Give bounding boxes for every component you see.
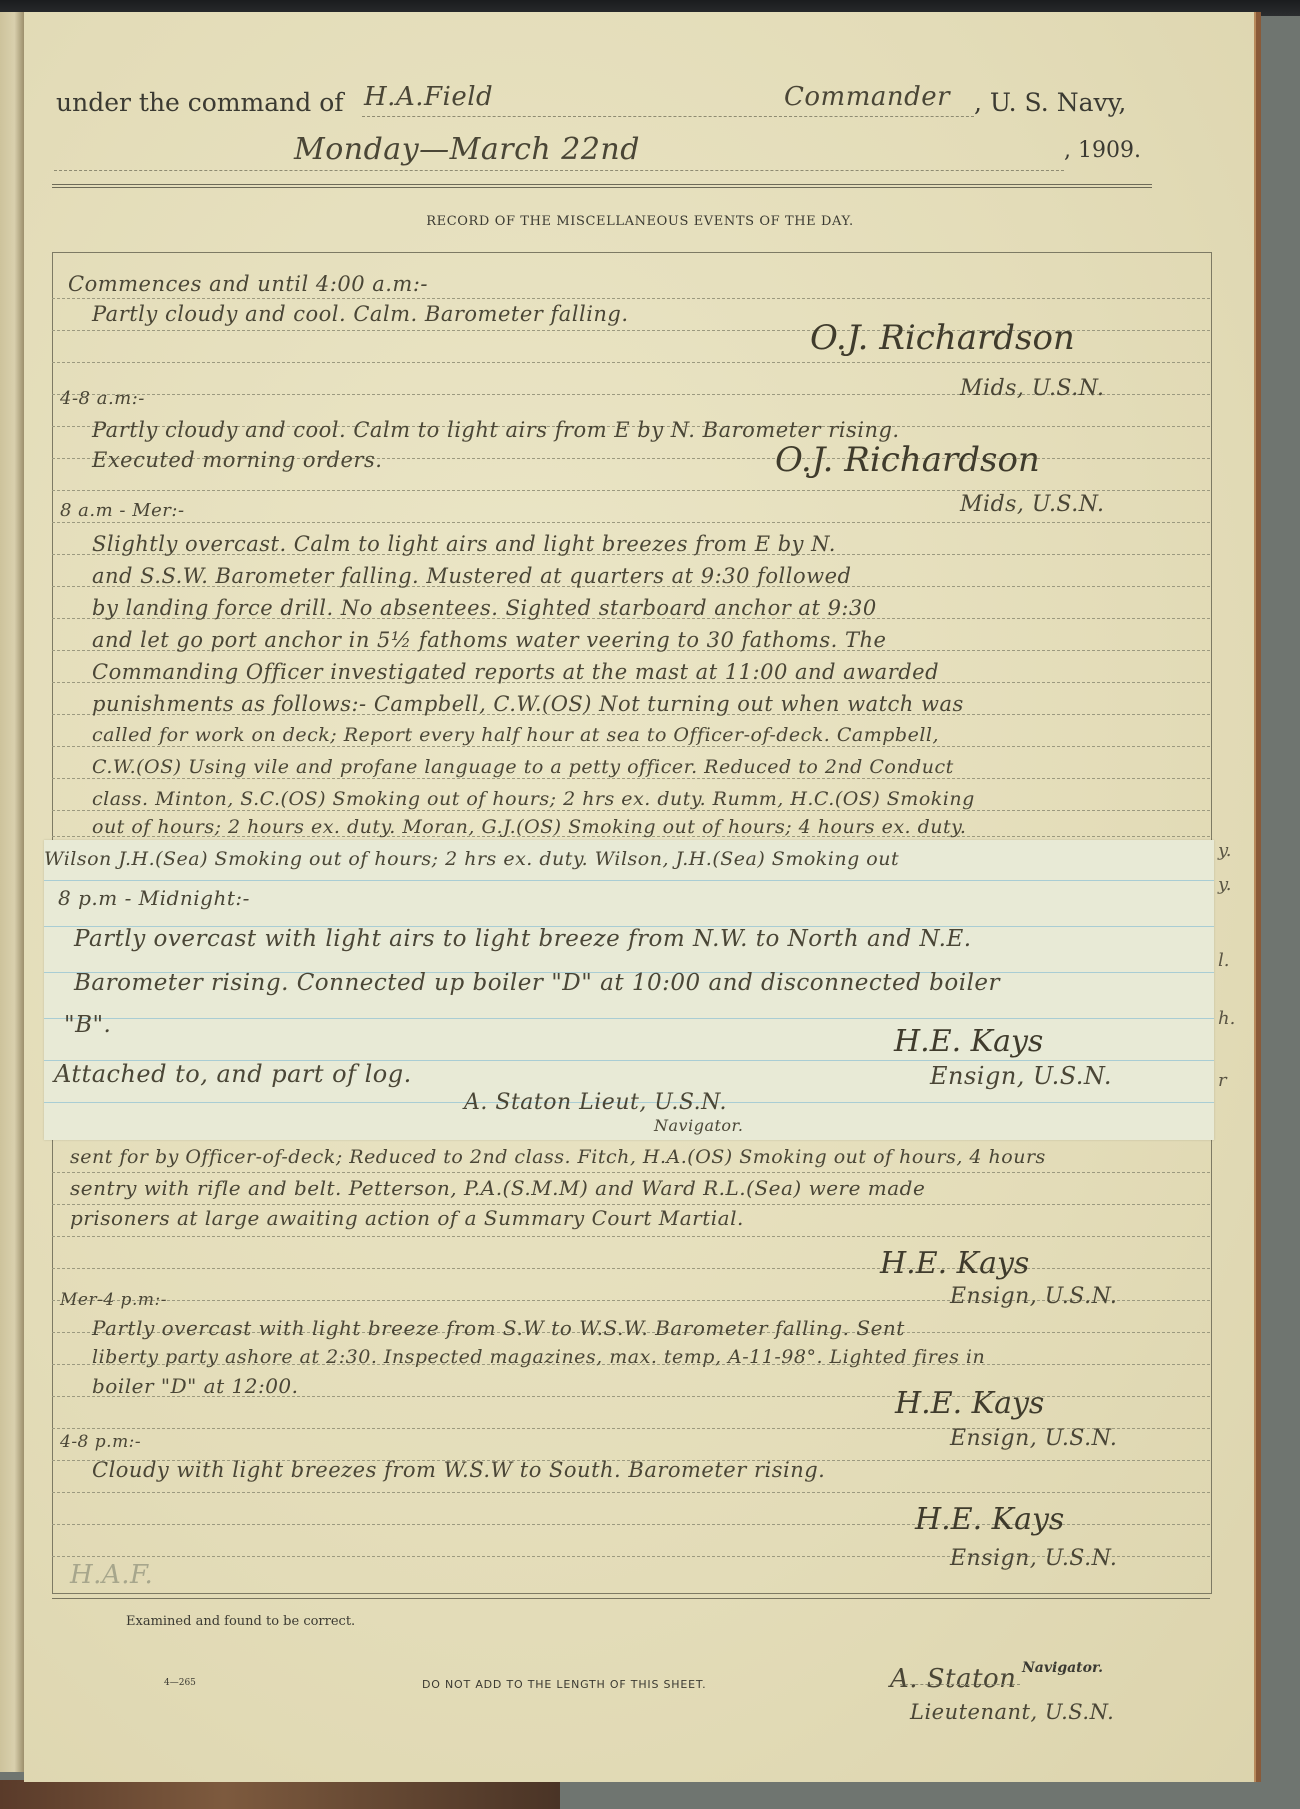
watch-entry-line: sentry with rifle and belt. Petterson, P… <box>70 1176 925 1200</box>
year: , 1909. <box>1064 138 1141 163</box>
book-cover-corner <box>0 1780 560 1809</box>
watch-period: Commences and until 4:00 a.m:- <box>68 272 428 296</box>
watch-entry-line: Slightly overcast. Calm to light airs an… <box>92 532 836 556</box>
watch-entry-line: called for work on deck; Report every ha… <box>92 724 939 746</box>
navigator-signature: A. Staton <box>890 1664 1016 1694</box>
facing-page-edge <box>0 12 24 1772</box>
commander-name: H.A.Field <box>364 82 493 112</box>
watch-entry-line: boiler "D" at 12:00. <box>92 1374 299 1398</box>
signature-kays: H.E. Kays <box>880 1246 1029 1281</box>
watch-entry-line: out of hours; 2 hours ex. duty. Moran, G… <box>92 816 966 838</box>
signature-richardson: O.J. Richardson <box>775 440 1040 480</box>
margin-fragment: h. <box>1218 1008 1235 1029</box>
watch-entry-line: punishments as follows:- Campbell, C.W.(… <box>92 692 964 716</box>
watch-period: 4-8 p.m:- <box>60 1432 141 1452</box>
navigator-title: Lieutenant, U.S.N. <box>910 1700 1114 1724</box>
watch-entry-line: class. Minton, S.C.(OS) Smoking out of h… <box>92 788 975 810</box>
watch-entry-line: and let go port anchor in 5½ fathoms wat… <box>92 628 886 652</box>
margin-fragment: l. <box>1218 950 1229 971</box>
insert-entry-line: Partly overcast with light airs to light… <box>74 926 972 952</box>
signature-title: Mids, U.S.N. <box>960 492 1105 517</box>
insert-entry-line: "B". <box>64 1012 111 1038</box>
watch-entry-line: Wilson J.H.(Sea) Smoking out of hours; 2… <box>44 848 1214 870</box>
insert-period: 8 p.m - Midnight:- <box>58 886 250 910</box>
examined-note: Examined and found to be correct. <box>126 1614 355 1629</box>
navigator-role: Navigator. <box>654 1116 744 1135</box>
section-title: RECORD OF THE MISCELLANEOUS EVENTS OF TH… <box>24 214 1256 229</box>
length-warning: DO NOT ADD TO THE LENGTH OF THIS SHEET. <box>422 1678 706 1691</box>
date-handwritten: Monday—March 22nd <box>294 132 640 167</box>
watch-entry-line: sent for by Officer-of-deck; Reduced to … <box>70 1146 1046 1168</box>
signature-kays: H.E. Kays <box>894 1024 1043 1059</box>
signature-title: Mids, U.S.N. <box>960 376 1105 401</box>
pasted-insert-slip: Wilson J.H.(Sea) Smoking out of hours; 2… <box>44 840 1214 1140</box>
initials-faded: H.A.F. <box>70 1560 153 1590</box>
watch-period: 8 a.m - Mer:- <box>60 500 185 521</box>
navigator-label: Navigator. <box>1022 1660 1103 1676</box>
command-prefix: under the command of <box>56 88 344 117</box>
signature-title: Ensign, U.S.N. <box>950 1426 1117 1451</box>
signature-kays: H.E. Kays <box>915 1502 1064 1537</box>
insert-entry-line: Barometer rising. Connected up boiler "D… <box>74 970 1000 996</box>
signature-title: Ensign, U.S.N. <box>930 1062 1112 1090</box>
signature-title: Ensign, U.S.N. <box>950 1284 1117 1309</box>
navy-suffix: , U. S. Navy, <box>974 88 1126 117</box>
watch-entry-line: liberty party ashore at 2:30. Inspected … <box>92 1346 985 1368</box>
attached-note: Attached to, and part of log. <box>54 1060 412 1088</box>
signature-title: Ensign, U.S.N. <box>950 1546 1117 1571</box>
watch-entry-line: C.W.(OS) Using vile and profane language… <box>92 756 954 778</box>
header-divider <box>52 184 1152 188</box>
navigator-signature: A. Staton Lieut, U.S.N. <box>464 1090 727 1115</box>
watch-entry-line: prisoners at large awaiting action of a … <box>70 1206 744 1230</box>
watch-entry-line: Executed morning orders. <box>92 448 382 472</box>
margin-fragment: y. <box>1218 840 1232 861</box>
commander-rank: Commander <box>784 82 950 112</box>
watch-entry-line: Commanding Officer investigated reports … <box>92 660 939 684</box>
watch-entry-line: Partly cloudy and cool. Calm to light ai… <box>92 418 900 442</box>
watch-entry-line: Cloudy with light breezes from W.S.W to … <box>92 1458 825 1482</box>
watch-entry-line: by landing force drill. No absentees. Si… <box>92 596 877 620</box>
form-number: 4—265 <box>164 1678 196 1688</box>
watch-period: Mer-4 p.m:- <box>60 1290 167 1310</box>
watch-period: 4-8 a.m:- <box>60 388 145 409</box>
signature-richardson: O.J. Richardson <box>810 318 1075 358</box>
watch-entry-line: Partly cloudy and cool. Calm. Barometer … <box>92 302 629 326</box>
watch-entry-line: Partly overcast with light breeze from S… <box>92 1316 905 1340</box>
signature-kays: H.E. Kays <box>895 1386 1044 1421</box>
margin-fragment: r <box>1218 1070 1227 1091</box>
margin-fragment: y. <box>1218 874 1232 895</box>
watch-entry-line: and S.S.W. Barometer falling. Mustered a… <box>92 564 851 588</box>
